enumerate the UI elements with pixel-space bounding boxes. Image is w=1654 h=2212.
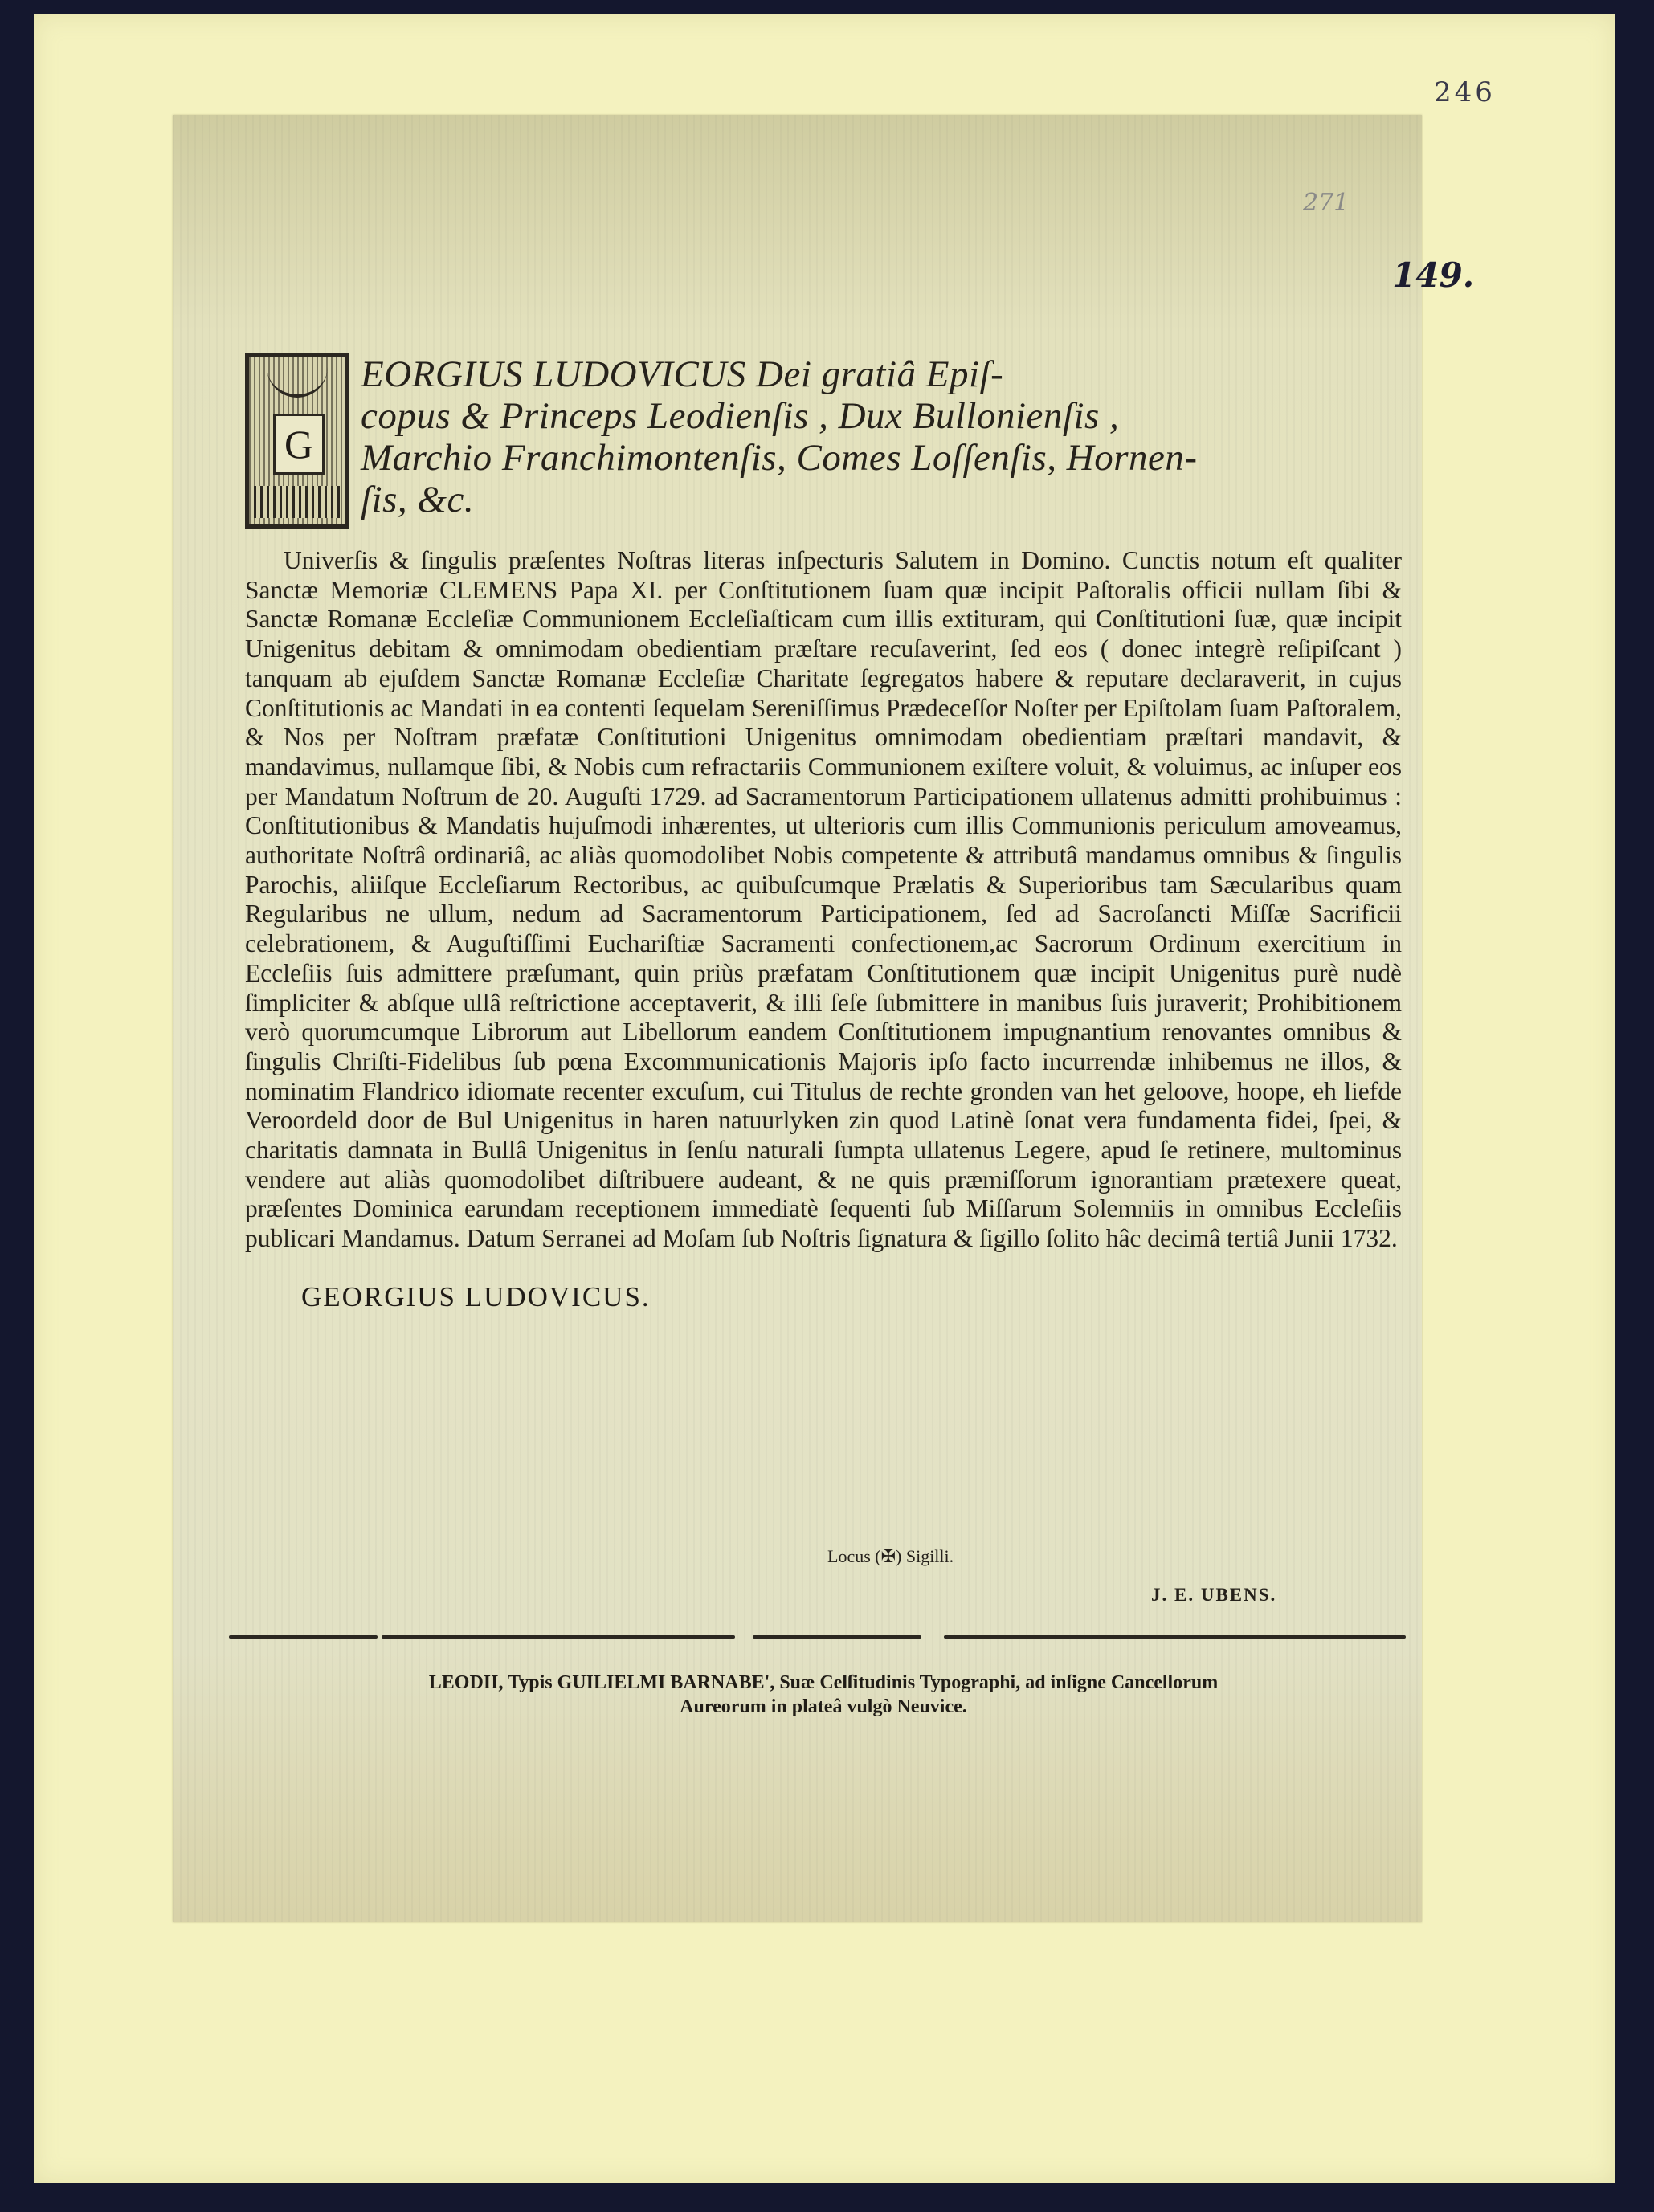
document-header: G EORGIUS LUDOVICUS Dei gratiâ Epiſ- cop…	[245, 353, 1402, 529]
folio-number-annotation: 149.	[1392, 255, 1474, 295]
secretary-signature: J. E. UBENS.	[1151, 1585, 1276, 1606]
decorated-initial: G	[245, 353, 349, 529]
ornament-base-icon	[254, 486, 341, 518]
title-line: ſis, &c.	[361, 479, 1402, 520]
title-block: EORGIUS LUDOVICUS Dei gratiâ Epiſ- copus…	[361, 353, 1402, 520]
divider-rule	[944, 1635, 1406, 1639]
archive-number-annotation: 246	[1434, 76, 1496, 108]
mandate-body: Univerſis & ſingulis præſentes Noſtras l…	[245, 546, 1402, 1254]
faded-number-annotation: 271	[1303, 189, 1349, 217]
seal-location: Locus (✠) Sigilli.	[827, 1546, 954, 1567]
document-content: G EORGIUS LUDOVICUS Dei gratiâ Epiſ- cop…	[245, 353, 1402, 1313]
body-paragraph: Univerſis & ſingulis præſentes Noſtras l…	[245, 546, 1402, 1254]
imprint-line: Aureorum in plateâ vulgò Neuvice.	[245, 1695, 1402, 1719]
printer-imprint: LEODII, Typis GUILIELMI BARNABE', Suæ Ce…	[245, 1671, 1402, 1719]
title-line: Marchio Franchimontenſis, Comes Loſſenſi…	[361, 437, 1402, 479]
imprint-line: LEODII, Typis GUILIELMI BARNABE', Suæ Ce…	[245, 1671, 1402, 1695]
issuer-signature: GEORGIUS LUDOVICUS.	[301, 1281, 1402, 1313]
divider-rule	[753, 1635, 921, 1639]
initial-letter: G	[273, 414, 325, 475]
mitre-crown-ornament-icon	[267, 362, 328, 398]
divider-rule	[229, 1635, 378, 1639]
title-line: copus & Princeps Leodienſis , Dux Bullon…	[361, 395, 1402, 437]
title-line: EORGIUS LUDOVICUS Dei gratiâ Epiſ-	[361, 353, 1402, 395]
divider-rule	[382, 1635, 735, 1639]
